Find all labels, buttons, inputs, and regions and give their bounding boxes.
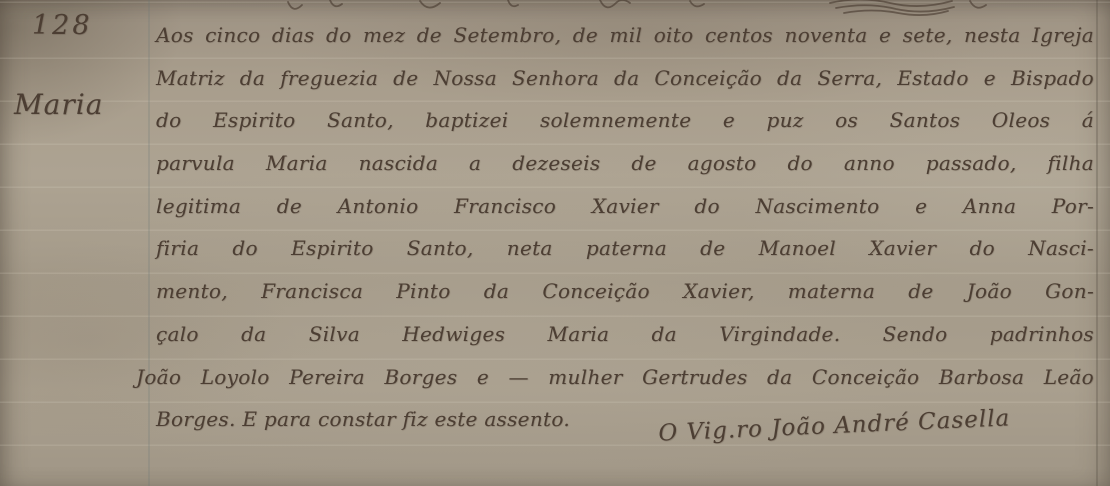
text-line-9: João Loyolo Pereira Borges e — mulher Ge… — [156, 356, 1094, 399]
closing-statement: Borges. E para constar fiz este assento. — [156, 398, 570, 441]
vicar-signature: O Vig.ro João André Casella — [657, 398, 1011, 456]
text-line-5: legitima de Antonio Francisco Xavier do … — [156, 185, 1094, 228]
text-line-4: parvula Maria nascida a dezeseis de agos… — [156, 142, 1094, 185]
record-name: Maria — [14, 88, 103, 121]
margin-rule-line — [148, 0, 150, 486]
record-body: Aos cinco dias do mez de Setembro, de mi… — [156, 14, 1094, 441]
text-line-3: do Espirito Santo, baptizei solemnemente… — [156, 99, 1094, 142]
page-edge-line — [1096, 0, 1098, 486]
record-number: 128 — [32, 10, 93, 41]
text-line-1: Aos cinco dias do mez de Setembro, de mi… — [156, 14, 1094, 57]
text-line-10: Borges. E para constar fiz este assento.… — [156, 398, 1094, 441]
text-line-8: çalo da Silva Hedwiges Maria da Virginda… — [156, 313, 1094, 356]
text-line-2: Matriz da freguezia de Nossa Senhora da … — [156, 57, 1094, 100]
manuscript-page: 128 Maria Aos cinco dias do mez de Setem… — [0, 0, 1110, 486]
text-line-7: mento, Francisca Pinto da Conceição Xavi… — [156, 270, 1094, 313]
text-line-6: firia do Espirito Santo, neta paterna de… — [156, 227, 1094, 270]
